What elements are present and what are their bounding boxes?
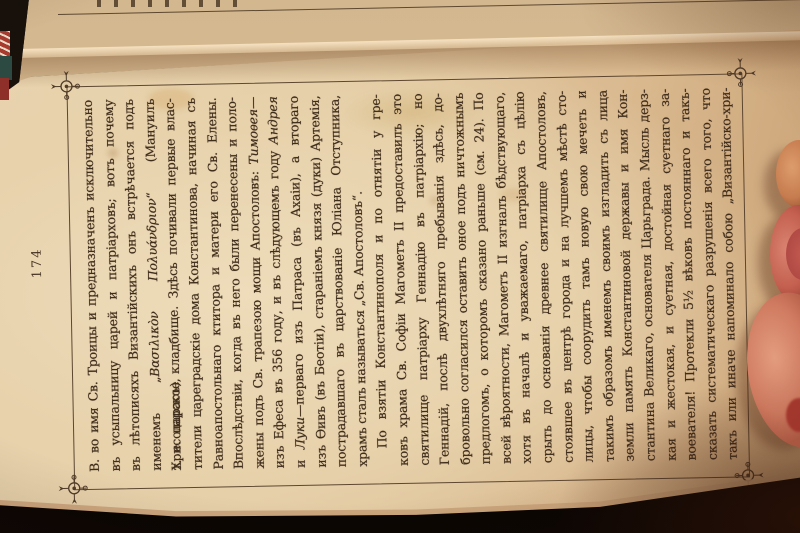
page-number: 174 [29, 241, 48, 285]
book-cover-edge [0, 31, 10, 59]
corner-ornament-icon [56, 470, 93, 507]
body-text: В. во имя Св. Троицы и предназначенъ иск… [78, 87, 745, 472]
book-cover-edge [0, 56, 12, 80]
book-cover-edge [0, 78, 9, 100]
book-page-photo: 174 В. во имя Св. Троицы и предназначенъ… [0, 0, 800, 533]
corner-ornament-icon [722, 55, 759, 92]
printed-block: 174 В. во имя Св. Троицы и предназначенъ… [0, 0, 800, 533]
